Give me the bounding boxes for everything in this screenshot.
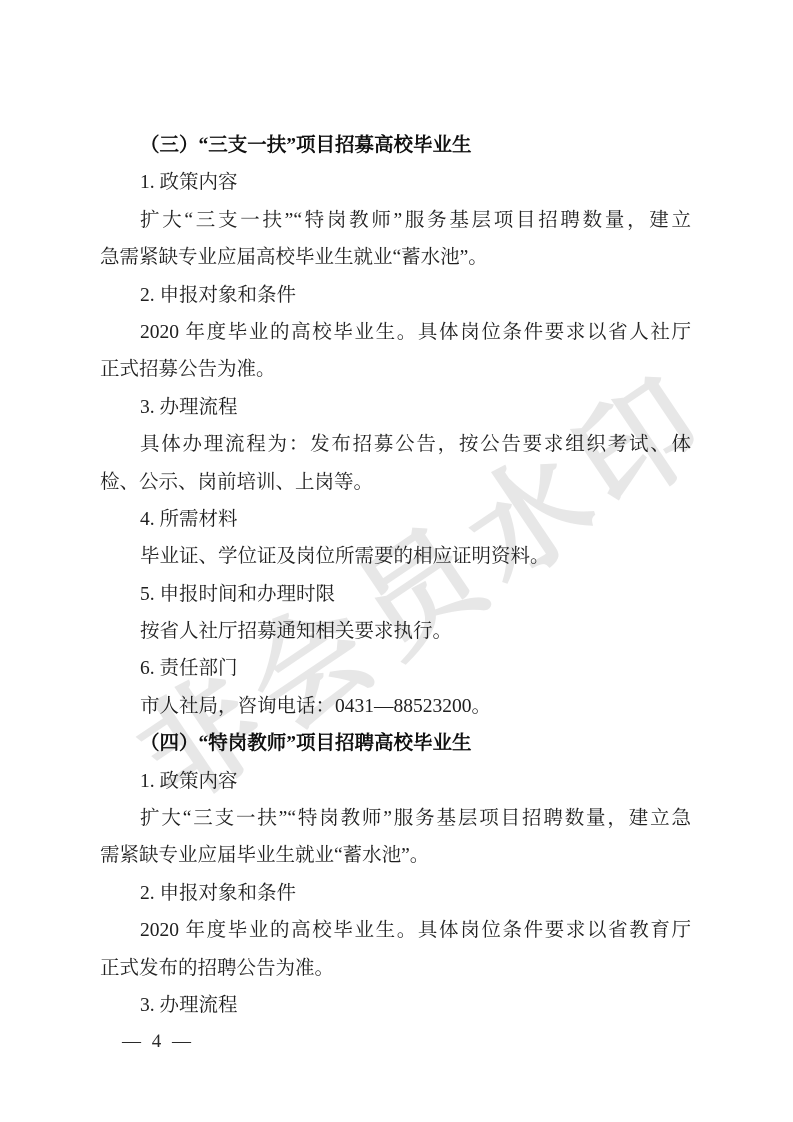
text-line: 急需紧缺专业应届高校毕业生就业“蓄水池”。	[100, 239, 691, 276]
text-line: 按省人社厅招募通知相关要求执行。	[100, 613, 691, 650]
text-line: 2. 申报对象和条件	[100, 875, 691, 912]
text-line: 5. 申报时间和办理时限	[100, 576, 691, 613]
text-line: 扩大“三支一扶”“特岗教师”服务基层项目招聘数量，建立	[100, 202, 691, 239]
text-line: 6. 责任部门	[100, 650, 691, 687]
text-line: 1. 政策内容	[100, 763, 691, 800]
text-line: 3. 办理流程	[100, 987, 691, 1024]
text-line: 2. 申报对象和条件	[100, 277, 691, 314]
document-page: 非会员水印 （三）“三支一扶”项目招募高校毕业生1. 政策内容扩大“三支一扶”“…	[0, 0, 793, 1122]
text-line: 2020 年度毕业的高校毕业生。具体岗位条件要求以省教育厅	[100, 912, 691, 949]
text-line: 扩大“三支一扶”“特岗教师”服务基层项目招聘数量，建立急	[100, 800, 691, 837]
text-line: 3. 办理流程	[100, 389, 691, 426]
text-line: 1. 政策内容	[100, 164, 691, 201]
text-line: 正式招募公告为准。	[100, 351, 691, 388]
text-line: 具体办理流程为：发布招募公告，按公告要求组织考试、体	[100, 426, 691, 463]
section-heading: （三）“三支一扶”项目招募高校毕业生	[100, 127, 691, 164]
text-line: 检、公示、岗前培训、上岗等。	[100, 464, 691, 501]
text-line: 毕业证、学位证及岗位所需要的相应证明资料。	[100, 538, 691, 575]
text-line: 市人社局，咨询电话：0431—88523200。	[100, 688, 691, 725]
document-body: （三）“三支一扶”项目招募高校毕业生1. 政策内容扩大“三支一扶”“特岗教师”服…	[100, 127, 691, 1024]
text-line: 正式发布的招聘公告为准。	[100, 950, 691, 987]
section-heading: （四）“特岗教师”项目招聘高校毕业生	[100, 725, 691, 762]
text-line: 4. 所需材料	[100, 501, 691, 538]
page-number: — 4 —	[122, 1031, 194, 1053]
text-line: 2020 年度毕业的高校毕业生。具体岗位条件要求以省人社厅	[100, 314, 691, 351]
text-line: 需紧缺专业应届毕业生就业“蓄水池”。	[100, 837, 691, 874]
